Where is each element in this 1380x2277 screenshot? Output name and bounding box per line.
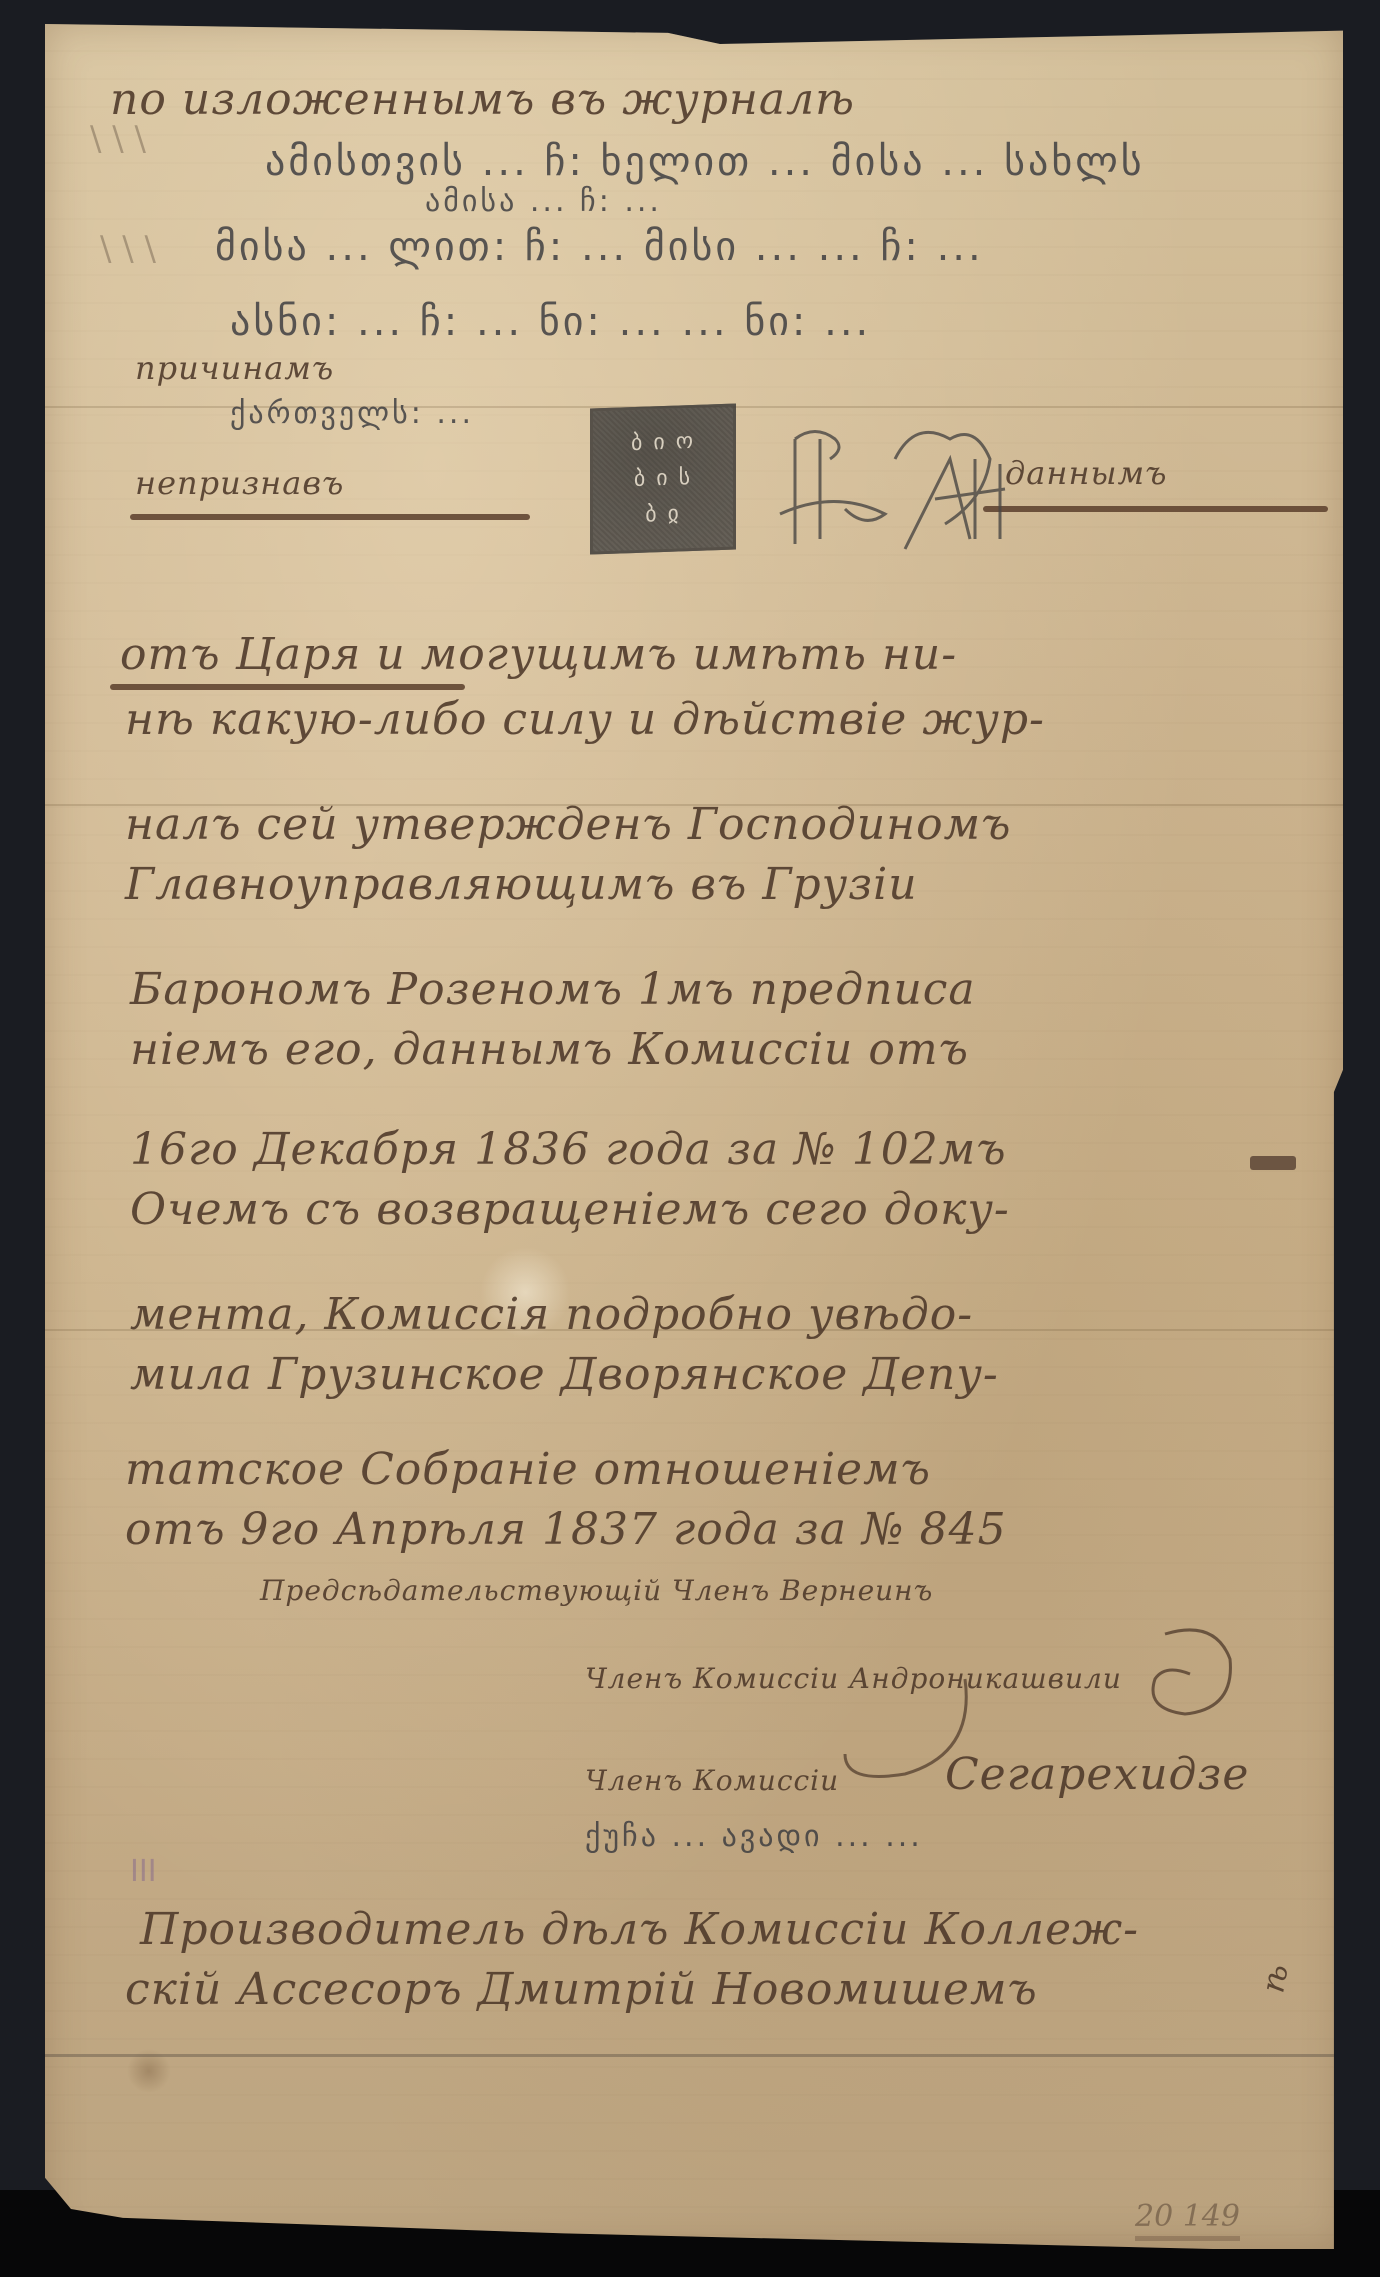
- flourish-icon: [1135, 1619, 1255, 1729]
- signature-georgian: ქუჩა ... ავადი ... ...: [585, 1819, 923, 1854]
- right-margin-mark: ѣ: [1253, 1960, 1295, 1995]
- page-number: 20 149: [1135, 2199, 1240, 2241]
- signature-member-2-name: Сегарехидзе: [945, 1749, 1249, 1800]
- seal-glyph-row: ბ ჲ: [645, 496, 681, 533]
- seal-glyph-row: ბ ი ს: [634, 460, 692, 498]
- body-line-5: Барономъ Розеномъ 1мъ предписа: [130, 964, 976, 1015]
- ink-blot: [1250, 1156, 1296, 1170]
- signature-member-2-prefix: Членъ Комиссiи: [585, 1764, 839, 1797]
- body-line-3: налъ сей утвержденъ Господиномъ: [125, 799, 1011, 850]
- margin-ticks: \ \ \: [90, 119, 146, 159]
- underline-right: [983, 506, 1328, 512]
- body-line-11: татское Собранiе отношенiемъ: [125, 1444, 931, 1495]
- body-line-9: мента, Комиссiя подробно увѣдо-: [130, 1289, 973, 1340]
- monogram-signature-icon: [775, 419, 1025, 559]
- seal-glyph-row: ბ ი ო: [631, 424, 695, 462]
- body-line-10: мила Грузинское Дворянское Депу-: [130, 1349, 999, 1400]
- body-line-1: отъ Царя и могущимъ имѣть ни-: [120, 629, 957, 680]
- georgian-line-2: ამისა ... ჩ: ...: [425, 184, 662, 219]
- georgian-line-3: მისა ... ლით: ჩ: ... მისი ... ... ჩ: ...: [215, 224, 984, 270]
- header-russian-line: по изложеннымъ въ журналѣ: [110, 74, 855, 125]
- underlined-word-right: даннымъ: [1005, 454, 1167, 492]
- body-line-2: нѣ какую-либо силу и дѣйствiе жур-: [125, 694, 1045, 745]
- underlined-word-left: непризнавъ: [135, 464, 344, 502]
- margin-ticks: \ \ \: [100, 229, 156, 269]
- georgian-line-1: ამისთვის ... ჩ: ხელით ... მისა ... სახლს: [265, 139, 1145, 185]
- underline-left: [130, 514, 530, 520]
- georgian-line-4: ასნი: ... ჩ: ... ნი: ... ... ნი: ...: [230, 299, 871, 345]
- manuscript-page: по изложеннымъ въ журналѣ ამისთვის ... ჩ…: [45, 24, 1343, 2249]
- secretary-line-1: Производитель дѣлъ Комиссiи Коллеж-: [140, 1904, 1139, 1955]
- body-line-12: отъ 9го Апрѣля 1837 года за № 845: [125, 1504, 1007, 1555]
- purple-archive-mark: III: [130, 1854, 157, 1889]
- body-line-7: 16го Декабря 1836 года за № 102мъ: [130, 1124, 1007, 1175]
- header-russian-line-2: причинамъ: [135, 349, 334, 387]
- body-line-8: Очемъ съ возвращенiемъ сего доку-: [130, 1184, 1010, 1235]
- signature-presiding: Предсѣдательствующiй Членъ Вернеинъ: [260, 1574, 933, 1607]
- georgian-line-5: ქართველს: ...: [230, 396, 474, 431]
- secretary-line-2: скiй Ассесоръ Дмитрiй Новомишемъ: [125, 1964, 1038, 2015]
- body-line-6: нiемъ его, даннымъ Комиссiи отъ: [130, 1024, 969, 1075]
- seal-stamp: ბ ი ო ბ ი ს ბ ჲ: [590, 403, 736, 554]
- underline-tsar: [110, 684, 465, 690]
- fold-crease: [45, 2054, 1343, 2057]
- body-line-4: Главноуправляющимъ въ Грузiи: [125, 859, 918, 910]
